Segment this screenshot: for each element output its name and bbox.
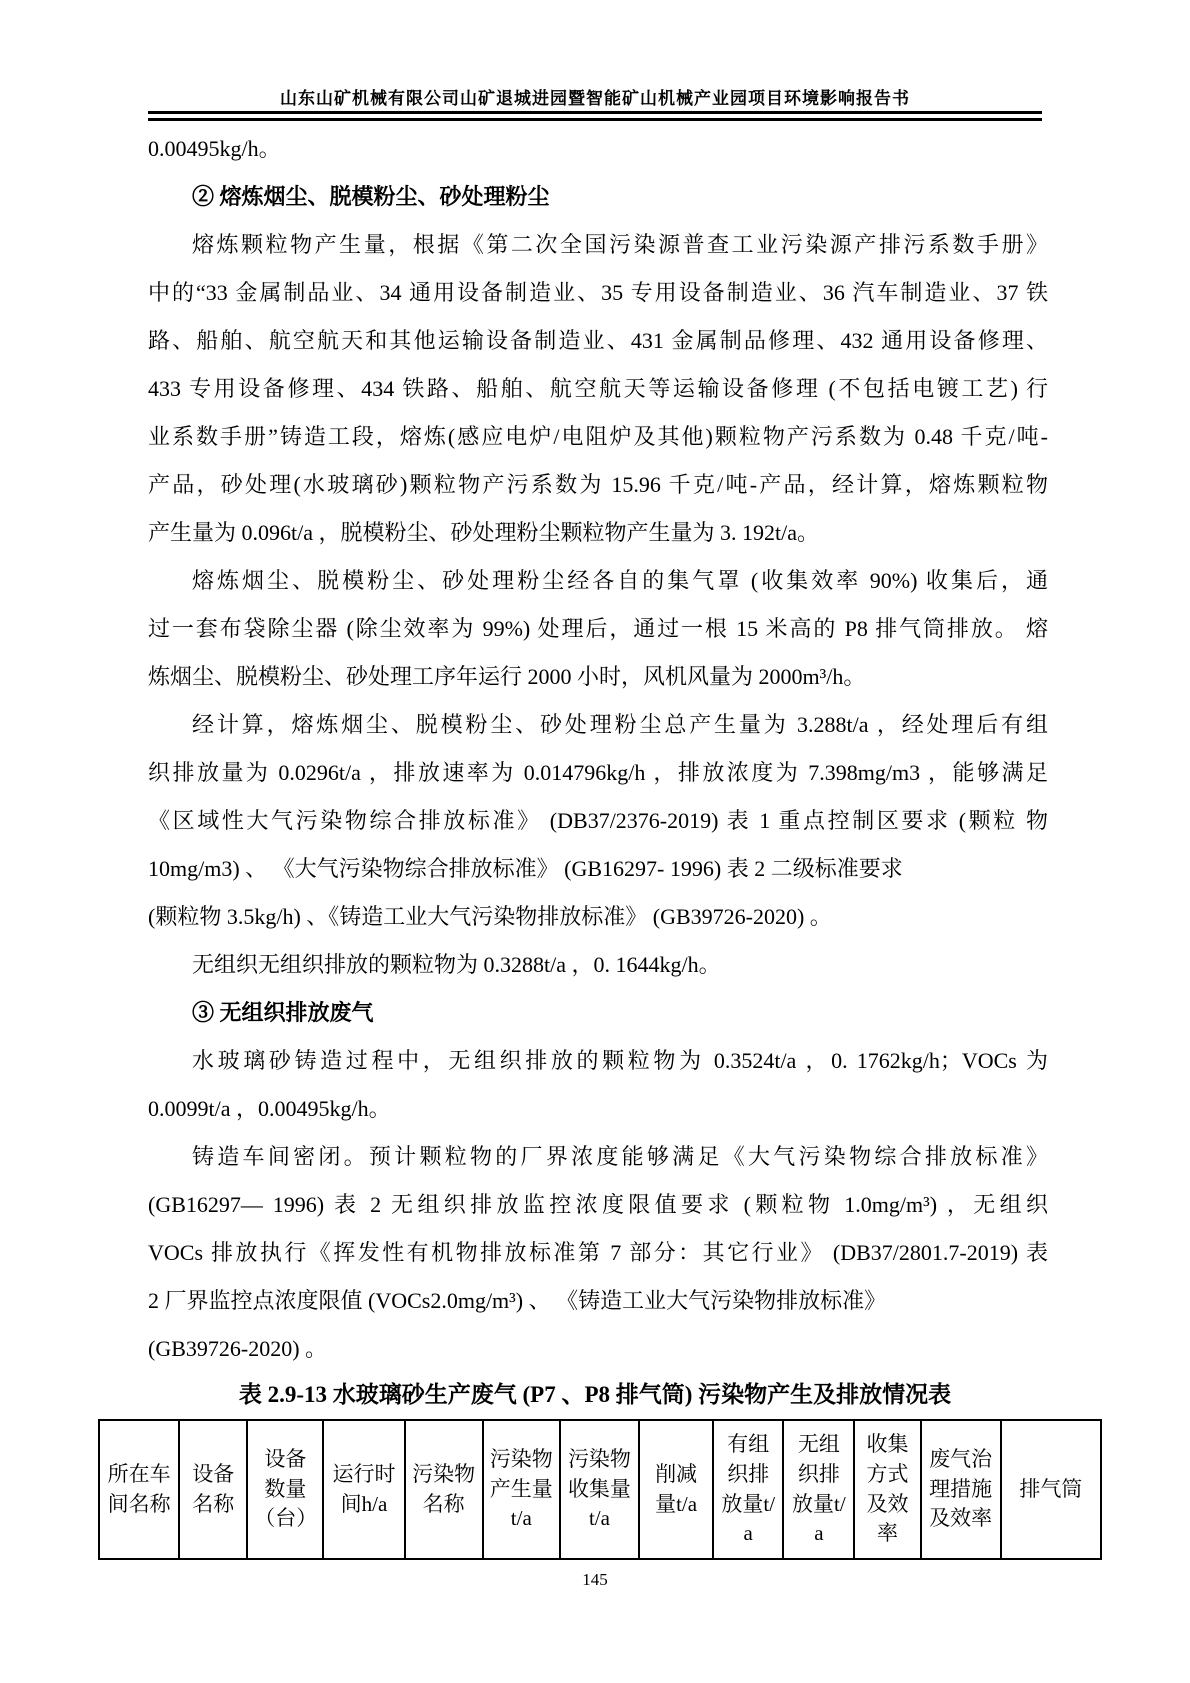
col-header-unorganized-emission: 无组织排放量t/a: [783, 1420, 854, 1559]
page-number: 145: [0, 1570, 1190, 1590]
paragraph-line: (GB16297— 1996) 表 2 无组织排放监控浓度限值要求 (颗粒物 1…: [148, 1181, 1048, 1229]
document-page: 山东山矿机械有限公司山矿退城进园暨智能矿山机械产业园项目环境影响报告书 0.00…: [0, 0, 1190, 1683]
paragraph-line: (颗粒物 3.5kg/h) 、《铸造工业大气污染物排放标准》 (GB39726-…: [148, 893, 1048, 941]
paragraph-line: 《区域性大气污染物综合排放标准》 (DB37/2376-2019) 表 1 重点…: [148, 797, 1048, 845]
paragraph-line: 铸造车间密闭。预计颗粒物的厂界浓度能够满足《大气污染物综合排放标准》: [148, 1133, 1048, 1181]
col-header-operating-hours: 运行时间h/a: [323, 1420, 404, 1559]
col-header-equipment-name: 设备名称: [179, 1420, 247, 1559]
section-heading: ③ 无组织排放废气: [148, 989, 1048, 1037]
paragraph-line: 路、船舶、航空航天和其他运输设备制造业、431 金属制品修理、432 通用设备修…: [148, 317, 1048, 365]
paragraph-line: 433 专用设备修理、434 铁路、船舶、航空航天等运输设备修理 (不包括电镀工…: [148, 365, 1048, 413]
body-text: 0.00495kg/h。 ② 熔炼烟尘、脱模粉尘、砂处理粉尘 熔炼颗粒物产生量，…: [148, 125, 1048, 1373]
paragraph-line: 产品，砂处理(水玻璃砂)颗粒物产污系数为 15.96 千克/吨-产品，经计算，熔…: [148, 461, 1048, 509]
paragraph-line: 熔炼烟尘、脱模粉尘、砂处理粉尘经各自的集气罩 (收集效率 90%) 收集后，通: [148, 557, 1048, 605]
emission-table: 所在车间名称 设备名称 设备数量（台） 运行时间h/a 污染物名称 污染物产生量…: [98, 1419, 1102, 1560]
col-header-collection-amount: 污染物收集量t/a: [560, 1420, 639, 1559]
table-header-row: 所在车间名称 设备名称 设备数量（台） 运行时间h/a 污染物名称 污染物产生量…: [99, 1420, 1101, 1559]
paragraph-line: 经计算，熔炼烟尘、脱模粉尘、砂处理粉尘总产生量为 3.288t/a ，经处理后有…: [148, 701, 1048, 749]
paragraph-line: 无组织无组织排放的颗粒物为 0.3288t/a ，0. 1644kg/h。: [148, 941, 1048, 989]
paragraph-line: 熔炼颗粒物产生量，根据《第二次全国污染源普查工业污染源产排污系数手册》: [148, 221, 1048, 269]
paragraph-line: 2 厂界监控点浓度限值 (VOCs2.0mg/m³) 、 《铸造工业大气污染物排…: [148, 1277, 1048, 1325]
col-header-workshop: 所在车间名称: [99, 1420, 179, 1559]
section-heading: ② 熔炼烟尘、脱模粉尘、砂处理粉尘: [148, 173, 1048, 221]
paragraph-line: 中的“33 金属制品业、34 通用设备制造业、35 专用设备制造业、36 汽车制…: [148, 269, 1048, 317]
paragraph-line: 0.0099t/a ，0.00495kg/h。: [148, 1085, 1048, 1133]
paragraph-line: 10mg/m3) 、 《大气污染物综合排放标准》 (GB16297- 1996)…: [148, 845, 1048, 893]
paragraph-line: (GB39726-2020) 。: [148, 1325, 1048, 1373]
col-header-organized-emission: 有组织排放量t/a: [713, 1420, 783, 1559]
paragraph-line: 过一套布袋除尘器 (除尘效率为 99%) 处理后，通过一根 15 米高的 P8 …: [148, 605, 1048, 653]
paragraph-line: 水玻璃砂铸造过程中，无组织排放的颗粒物为 0.3524t/a ，0. 1762k…: [148, 1037, 1048, 1085]
paragraph-line: 业系数手册”铸造工段，熔炼(感应电炉/电阻炉及其他)颗粒物产污系数为 0.48 …: [148, 413, 1048, 461]
paragraph-line: 0.00495kg/h。: [148, 125, 1048, 173]
col-header-equipment-count: 设备数量（台）: [247, 1420, 323, 1559]
paragraph-line: VOCs 排放执行《挥发性有机物排放标准第 7 部分：其它行业》 (DB37/2…: [148, 1229, 1048, 1277]
paragraph-line: 织排放量为 0.0296t/a ，排放速率为 0.014796kg/h ，排放浓…: [148, 749, 1048, 797]
col-header-collection-method: 收集方式及效率: [854, 1420, 920, 1559]
table-title: 表 2.9-13 水玻璃砂生产废气 (P7 、P8 排气筒) 污染物产生及排放情…: [0, 1371, 1190, 1419]
col-header-pollutant-name: 污染物名称: [405, 1420, 483, 1559]
col-header-generation-amount: 污染物产生量t/a: [483, 1420, 560, 1559]
col-header-reduction-amount: 削减量t/a: [639, 1420, 713, 1559]
paragraph-line: 炼烟尘、脱模粉尘、砂处理工序年运行 2000 小时，风机风量为 2000m³/h…: [148, 653, 1048, 701]
header-double-rule: [148, 111, 1042, 121]
col-header-stack: 排气筒: [1001, 1420, 1101, 1559]
col-header-treatment-measure: 废气治理措施及效率: [921, 1420, 1001, 1559]
report-header-title: 山东山矿机械有限公司山矿退城进园暨智能矿山机械产业园项目环境影响报告书: [0, 84, 1190, 109]
paragraph-line: 产生量为 0.096t/a ，脱模粉尘、砂处理粉尘颗粒物产生量为 3. 192t…: [148, 509, 1048, 557]
